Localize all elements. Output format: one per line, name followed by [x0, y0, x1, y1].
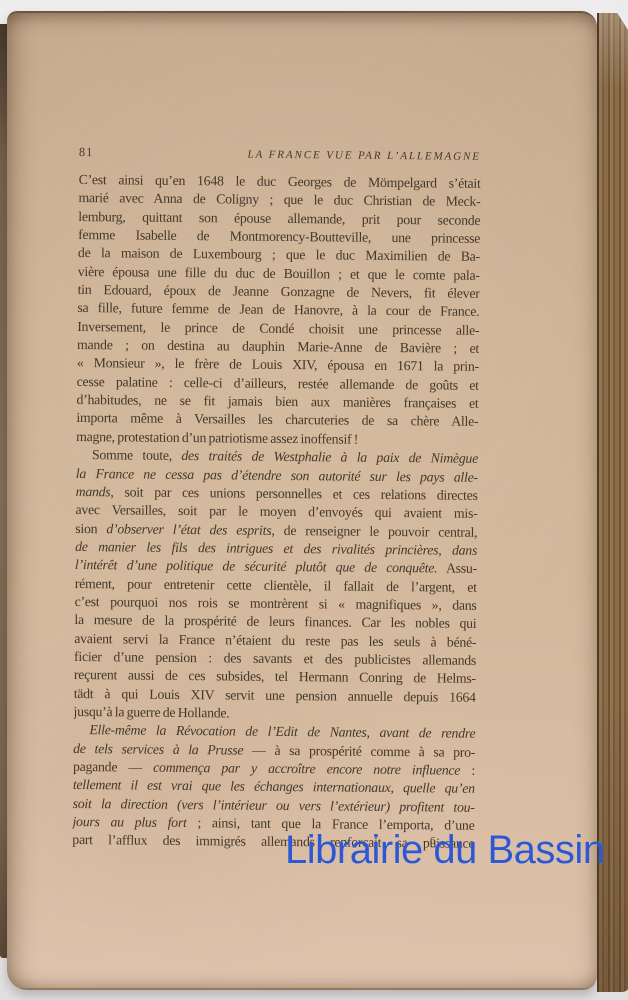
- printed-content: 81 LA FRANCE VUE PAR L’ALLEMAGNE C’est a…: [72, 145, 481, 854]
- page-number: 81: [79, 145, 94, 160]
- body-text: C’est ainsi qu’en 1648 le duc Georges de…: [72, 171, 480, 854]
- signature-mark: 6: [430, 835, 436, 847]
- bookseller-watermark: Librairie du Bassin: [285, 830, 605, 870]
- page-header: 81 LA FRANCE VUE PAR L’ALLEMAGNE: [79, 145, 481, 163]
- running-title: LA FRANCE VUE PAR L’ALLEMAGNE: [248, 149, 481, 163]
